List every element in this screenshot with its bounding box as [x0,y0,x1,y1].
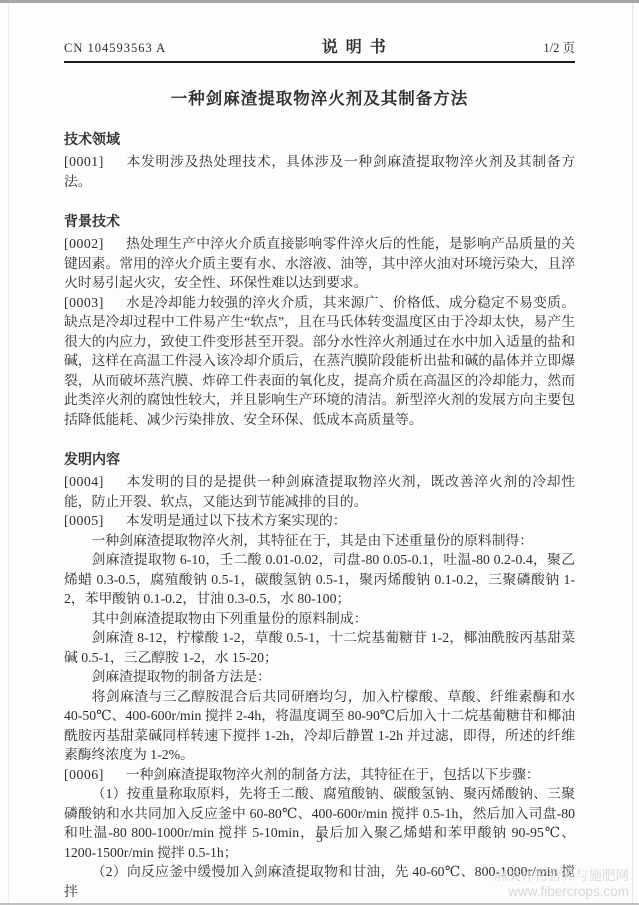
page-content: CN 104593563 A 说 明 书 1/2 页 一种剑麻渣提取物淬火剂及其… [0,0,639,901]
paragraph-text-0006: 一种剑麻渣提取物淬火剂的制备方法，其特征在于，包括以下步骤： [126,767,540,782]
paragraph-text-0001: 本发明涉及热处理技术，具体涉及一种剑麻渣提取物淬火剂及其制备方法。 [64,154,575,189]
extract-method-intro-line: 剑麻渣提取物的制备方法是： [64,667,575,687]
extract-intro-line: 其中剑麻渣提取物由下列重量份的原料制成： [64,609,575,629]
document-number: CN 104593563 A [64,41,166,56]
paragraph-text-0005: 本发明是通过以下技术方案实现的： [126,513,347,528]
extract-method-line: 将剑麻渣与三乙醇胺混合后共同研磨均匀，加入柠檬酸、草酸、纤维素酶和水 40-50… [64,687,575,765]
section-technical-field: 技术领域 [0001]本发明涉及热处理技术，具体涉及一种剑麻渣提取物淬火剂及其制… [64,129,575,191]
watermark-site-url: www.fibercrops.com [494,884,629,900]
paragraph-text-0004: 本发明的目的是提供一种剑麻渣提取物淬火剂，既改善淬火剂的冷却性能，防止开裂、软点… [64,474,575,509]
patent-page: { "header": { "doc_number": "CN 10459356… [0,0,639,905]
invention-title: 一种剑麻渣提取物淬火剂及其制备方法 [64,85,575,109]
method-step-1-line: （1）按重量称取原料，先将壬二酸、腐殖酸钠、碳酸氢钠、聚丙烯酸钠、三聚磷酸钠和水… [64,784,575,862]
paragraph-tag-0005: [0005] [64,513,104,528]
paragraph-text-0002: 热处理生产中淬火介质直接影响零件淬火后的性能，是影响产品质量的关键因素。常用的淬… [64,236,575,290]
paragraph-tag-0004: [0004] [64,474,104,489]
quenchant-definition-line: 一种剑麻渣提取物淬火剂，其特征在于，其是由下述重量份的原料制得： [64,531,575,551]
section-background: 背景技术 [0002]热处理生产中淬火介质直接影响零件淬火后的性能，是影响产品质… [64,211,575,429]
page-indicator: 1/2 页 [543,38,575,56]
paragraph-tag-0002: [0002] [64,236,104,251]
quenchant-formula-line: 剑麻渣提取物 6-10，壬二酸 0.01-0.02，司盘-80 0.05-0.1… [64,550,575,609]
watermark-site-name: 麻类作物营养与施肥网 [494,868,629,884]
section-heading-technical-field: 技术领域 [64,129,575,149]
document-type-title: 说 明 书 [322,34,388,57]
paragraph-tag-0006: [0006] [64,767,104,782]
extract-formula-line: 剑麻渣 8-12，柠檬酸 1-2，草酸 0.5-1，十二烷基葡糖苷 1-2，椰油… [64,628,575,667]
paragraph-0003: [0003]水是冷却能力较强的淬火介质，其来源广、价格低、成分稳定不易变质。缺点… [64,293,575,430]
paragraph-0002: [0002]热处理生产中淬火介质直接影响零件淬火后的性能，是影响产品质量的关键因… [64,234,575,293]
paragraph-tag-0001: [0001] [64,154,104,169]
section-heading-background: 背景技术 [64,211,575,231]
page-number: 3 [0,830,639,846]
paragraph-tag-0003: [0003] [64,295,104,310]
paragraph-0006: [0006]一种剑麻渣提取物淬火剂的制备方法，其特征在于，包括以下步骤： [64,765,575,785]
watermark: 麻类作物营养与施肥网 www.fibercrops.com [494,868,629,900]
page-left-edge [8,3,9,903]
paragraph-0005: [0005]本发明是通过以下技术方案实现的： [64,511,575,531]
header-rule [64,61,575,63]
section-heading-invention-content: 发明内容 [64,449,575,469]
paragraph-0004: [0004]本发明的目的是提供一种剑麻渣提取物淬火剂，既改善淬火剂的冷却性能，防… [64,472,575,511]
page-header: CN 104593563 A 说 明 书 1/2 页 [64,0,575,57]
page-top-edge [0,0,639,3]
paragraph-text-0003: 水是冷却能力较强的淬火介质，其来源广、价格低、成分稳定不易变质。缺点是冷却过程中… [64,295,575,427]
paragraph-0001: [0001]本发明涉及热处理技术，具体涉及一种剑麻渣提取物淬火剂及其制备方法。 [64,152,575,191]
page-right-edge [632,3,633,903]
